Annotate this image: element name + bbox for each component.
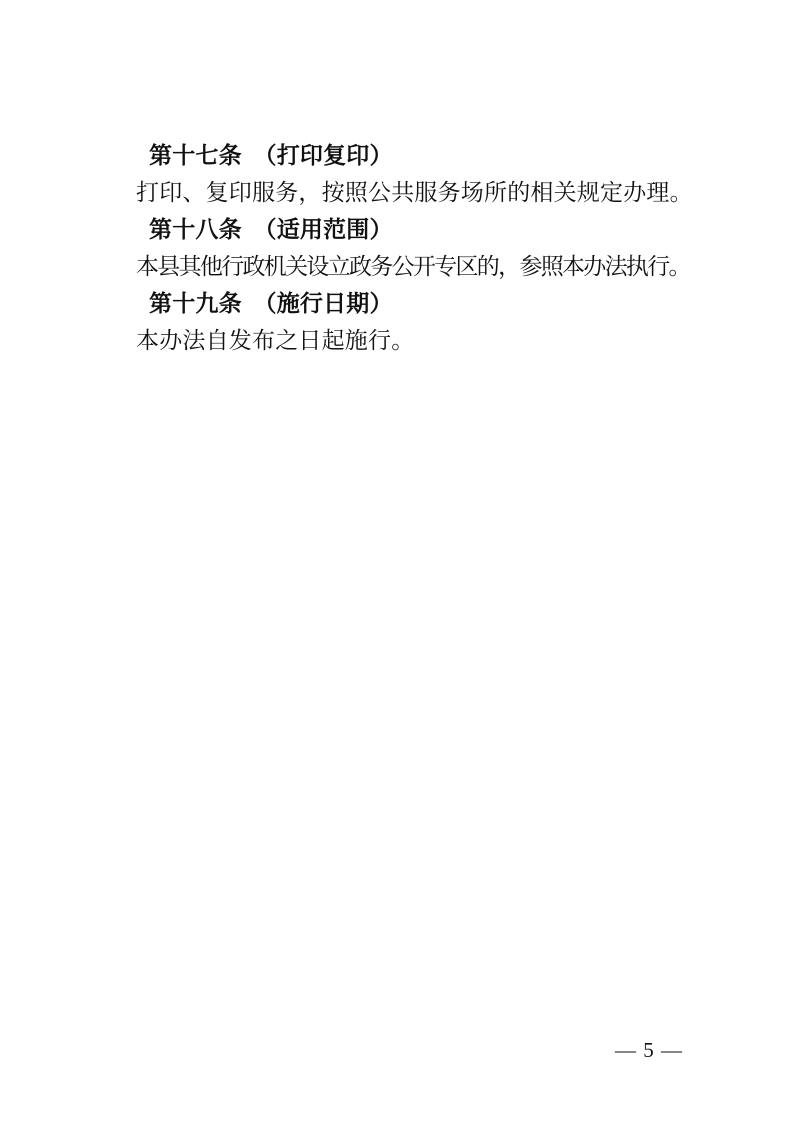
article-17-body: 打印、复印服务，按照公共服务场所的相关规定办理。 bbox=[136, 174, 696, 211]
article-17-heading: 第十七条 （打印复印） bbox=[136, 137, 696, 174]
article-18-body: 本县其他行政机关设立政务公开专区的，参照本办法执行。 bbox=[136, 248, 696, 285]
document-content: 第十七条 （打印复印） 打印、复印服务，按照公共服务场所的相关规定办理。 第十八… bbox=[136, 137, 696, 359]
document-page: 第十七条 （打印复印） 打印、复印服务，按照公共服务场所的相关规定办理。 第十八… bbox=[0, 0, 793, 1122]
page-number: — 5 — bbox=[615, 1040, 683, 1061]
article-18-heading: 第十八条 （适用范围） bbox=[136, 211, 696, 248]
article-19-heading: 第十九条 （施行日期） bbox=[136, 285, 696, 322]
article-19-body: 本办法自发布之日起施行。 bbox=[136, 322, 696, 359]
